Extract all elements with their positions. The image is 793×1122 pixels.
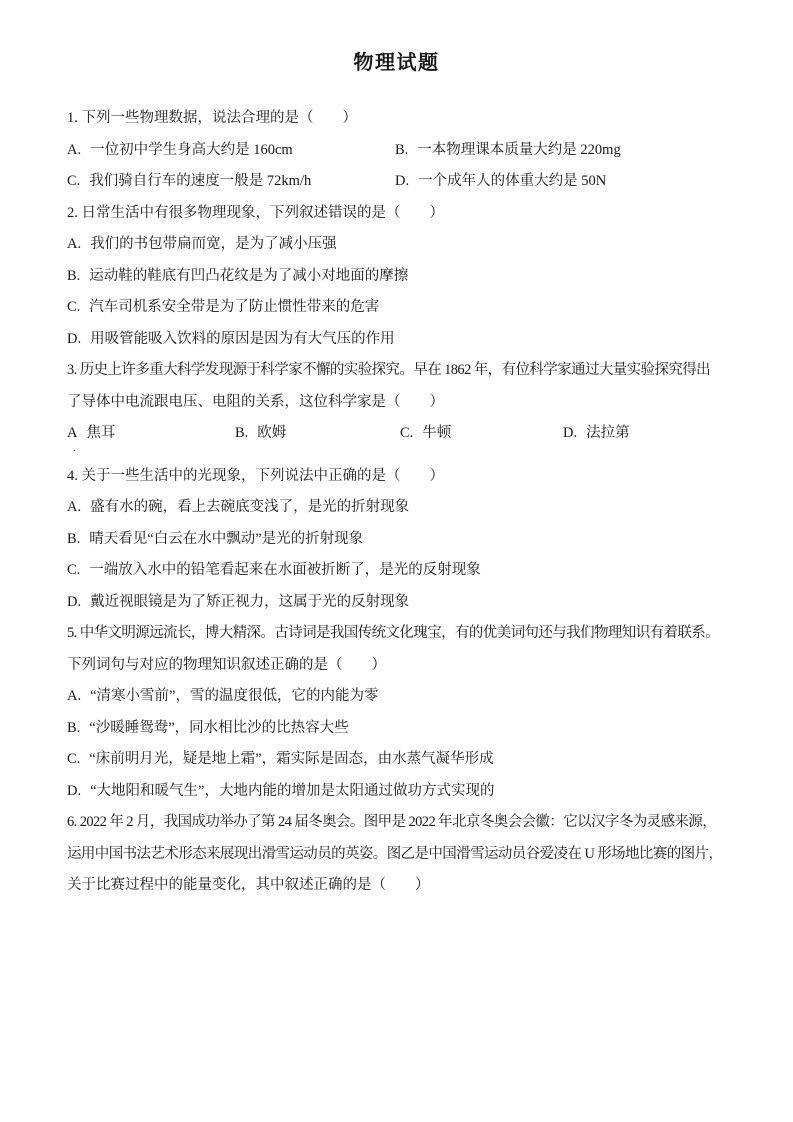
spacer [67, 450, 733, 461]
option-4c-label: C. [67, 562, 80, 578]
option-2a-label: A. [67, 236, 81, 252]
question-3-options-row: A焦耳 B.欧姆 C.牛顿 D.法拉第 . [67, 418, 733, 450]
option-2a: A.我们的书包带扁而宽，是为了减小压强 [67, 229, 733, 261]
option-5d-label: D. [67, 783, 81, 799]
question-5: 5. 中华文明源远流长，博大精深。古诗词是我国传统文化瑰宝，有的优美词句还与我们… [67, 618, 733, 807]
question-1-stem: 1. 下列一些物理数据，说法合理的是（ ） [67, 103, 733, 135]
option-3c-label: C. [400, 425, 413, 441]
option-5b-label: B. [67, 720, 80, 736]
option-5b-text: “沙暖睡鸳鸯”，同水相比沙的比热容大些 [89, 720, 348, 736]
option-1c: C.我们骑自行车的速度一般是 72km/h [67, 166, 395, 198]
option-1a: A.一位初中学生身高大约是 160cm [67, 135, 395, 167]
option-4c-text: 一端放入水中的铅笔看起来在水面被折断了，是光的反射现象 [89, 562, 481, 578]
option-2b-text: 运动鞋的鞋底有凹凸花纹是为了减小对地面的摩擦 [89, 268, 408, 284]
option-2d-text: 用吸管能吸入饮料的原因是因为有大气压的作用 [90, 331, 395, 347]
question-1: 1. 下列一些物理数据，说法合理的是（ ） A.一位初中学生身高大约是 160c… [67, 103, 733, 198]
option-4c: C.一端放入水中的铅笔看起来在水面被折断了，是光的反射现象 [67, 555, 733, 587]
question-2-stem: 2. 日常生活中有很多物理现象，下列叙述错误的是（ ） [67, 198, 733, 230]
option-4d: D.戴近视眼镜是为了矫正视力，这属于光的反射现象 [67, 587, 733, 619]
option-3c-text: 牛顿 [422, 425, 451, 441]
option-3d-label: D. [563, 425, 577, 441]
option-1c-text: 我们骑自行车的速度一般是 72km/h [89, 173, 311, 189]
question-3-stem-line-1: 3. 历史上许多重大科学发现源于科学家不懈的实验探究。早在 1862 年，有位科… [67, 355, 733, 387]
option-3a-label: A [67, 425, 77, 441]
option-4b-text: 晴天看见“白云在水中飘动”是光的折射现象 [89, 531, 363, 547]
option-2c-label: C. [67, 299, 80, 315]
option-2a-text: 我们的书包带扁而宽，是为了减小压强 [90, 236, 337, 252]
option-3a-text: 焦耳 [86, 425, 115, 441]
option-3b-text: 欧姆 [257, 425, 286, 441]
option-3d: D.法拉第 [563, 418, 733, 450]
option-4d-text: 戴近视眼镜是为了矫正视力，这属于光的反射现象 [90, 594, 409, 610]
question-6-stem-line-1: 6. 2022 年 2 月，我国成功举办了第 24 届冬奥会。图甲是 2022 … [67, 807, 733, 839]
question-3-stem-line-2: 了导体中电流跟电压、电阻的关系，这位科学家是（ ） [67, 387, 733, 419]
option-3d-text: 法拉第 [586, 425, 630, 441]
option-1b-text: 一本物理课本质量大约是 220mg [417, 142, 620, 158]
option-3b: B.欧姆 [235, 418, 400, 450]
option-4a: A.盛有水的碗，看上去碗底变浅了，是光的折射现象 [67, 492, 733, 524]
option-5a-text: “清寒小雪前”，雪的温度很低，它的内能为零 [90, 688, 378, 704]
option-2d: D.用吸管能吸入饮料的原因是因为有大气压的作用 [67, 324, 733, 356]
option-5a: A.“清寒小雪前”，雪的温度很低，它的内能为零 [67, 681, 733, 713]
question-3: 3. 历史上许多重大科学发现源于科学家不懈的实验探究。早在 1862 年，有位科… [67, 355, 733, 461]
option-1d: D.一个成年人的体重大约是 50N [395, 166, 733, 198]
option-4d-label: D. [67, 594, 81, 610]
option-5c: C.“床前明月光，疑是地上霜”，霜实际是固态，由水蒸气凝华形成 [67, 744, 733, 776]
option-4a-text: 盛有水的碗，看上去碗底变浅了，是光的折射现象 [90, 499, 409, 515]
option-2d-label: D. [67, 331, 81, 347]
option-3a: A焦耳 [67, 418, 235, 450]
question-5-stem-line-2: 下列词句与对应的物理知识叙述正确的是（ ） [67, 650, 733, 682]
question-6-stem-line-2: 运用中国书法艺术形态来展现出滑雪运动员的英姿。图乙是中国滑雪运动员谷爱凌在 U … [67, 839, 733, 871]
option-2c-text: 汽车司机系安全带是为了防止惯性带来的危害 [89, 299, 379, 315]
document-content: 1. 下列一些物理数据，说法合理的是（ ） A.一位初中学生身高大约是 160c… [67, 103, 733, 902]
option-1d-text: 一个成年人的体重大约是 50N [418, 173, 606, 189]
option-5d: D.“大地阳和暖气生”，大地内能的增加是太阳通过做功方式实现的 [67, 776, 733, 808]
option-3b-label: B. [235, 425, 248, 441]
question-6: 6. 2022 年 2 月，我国成功举办了第 24 届冬奥会。图甲是 2022 … [67, 807, 733, 902]
option-4a-label: A. [67, 499, 81, 515]
option-4b-label: B. [67, 531, 80, 547]
question-5-stem-line-1: 5. 中华文明源远流长，博大精深。古诗词是我国传统文化瑰宝，有的优美词句还与我们… [67, 618, 733, 650]
option-1a-label: A. [67, 142, 81, 158]
option-3c: C.牛顿 [400, 418, 563, 450]
option-1b: B.一本物理课本质量大约是 220mg [395, 135, 733, 167]
option-2c: C.汽车司机系安全带是为了防止惯性带来的危害 [67, 292, 733, 324]
option-5c-label: C. [67, 751, 80, 767]
option-1a-text: 一位初中学生身高大约是 160cm [90, 142, 293, 158]
option-2b: B.运动鞋的鞋底有凹凸花纹是为了减小对地面的摩擦 [67, 261, 733, 293]
question-4: 4. 关于一些生活中的光现象，下列说法中正确的是（ ） A.盛有水的碗，看上去碗… [67, 461, 733, 619]
option-1b-label: B. [395, 142, 408, 158]
option-1d-label: D. [395, 173, 409, 189]
option-5c-text: “床前明月光，疑是地上霜”，霜实际是固态，由水蒸气凝华形成 [89, 751, 493, 767]
option-5a-label: A. [67, 688, 81, 704]
question-2: 2. 日常生活中有很多物理现象，下列叙述错误的是（ ） A.我们的书包带扁而宽，… [67, 198, 733, 356]
page-title: 物理试题 [0, 48, 793, 78]
question-4-stem: 4. 关于一些生活中的光现象，下列说法中正确的是（ ） [67, 461, 733, 493]
option-5d-text: “大地阳和暖气生”，大地内能的增加是太阳通过做功方式实现的 [90, 783, 494, 799]
option-2b-label: B. [67, 268, 80, 284]
document-page: 物理试题 1. 下列一些物理数据，说法合理的是（ ） A.一位初中学生身高大约是… [0, 0, 793, 1122]
stray-punctuation-mark: . [73, 444, 76, 454]
option-4b: B.晴天看见“白云在水中飘动”是光的折射现象 [67, 524, 733, 556]
question-1-options-row-cd: C.我们骑自行车的速度一般是 72km/h D.一个成年人的体重大约是 50N [67, 166, 733, 198]
option-1c-label: C. [67, 173, 80, 189]
option-5b: B.“沙暖睡鸳鸯”，同水相比沙的比热容大些 [67, 713, 733, 745]
question-1-options-row-ab: A.一位初中学生身高大约是 160cm B.一本物理课本质量大约是 220mg [67, 135, 733, 167]
question-6-stem-line-3: 关于比赛过程中的能量变化，其中叙述正确的是（ ） [67, 870, 733, 902]
